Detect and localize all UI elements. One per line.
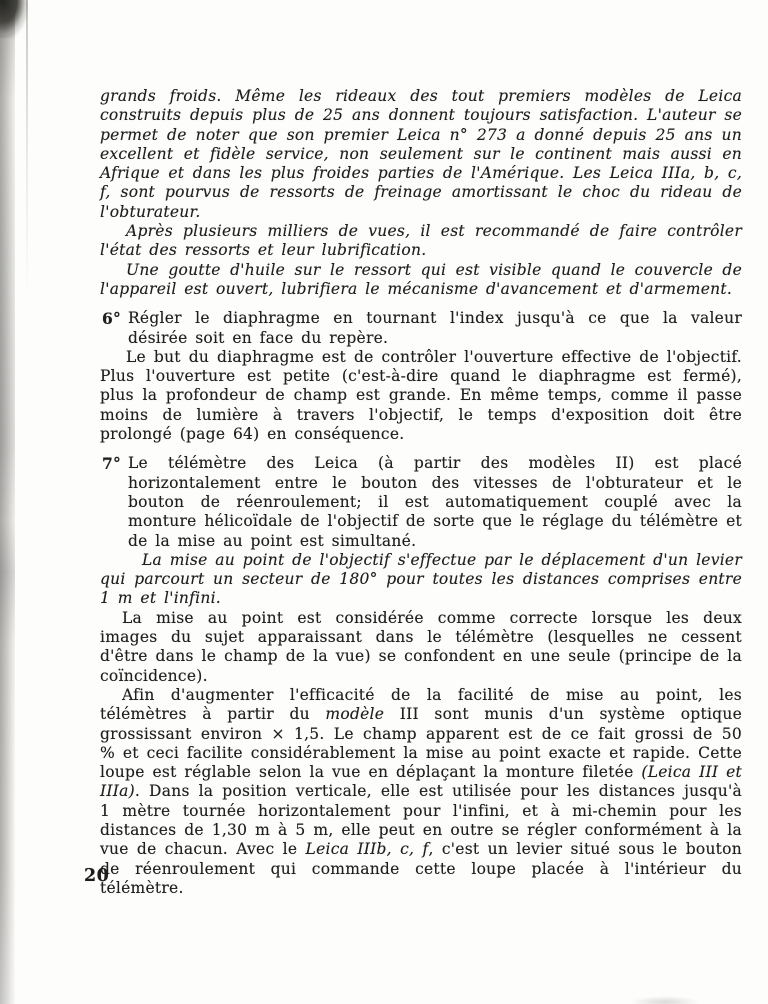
list-item-7: 7° Le télémètre des Leica (à partir des … bbox=[100, 454, 742, 550]
bottom-edge-smudge bbox=[630, 996, 700, 1004]
list-item-6: 6° Régler le diaphragme en tournant l'in… bbox=[100, 309, 742, 348]
page-corner-shadow bbox=[0, 0, 28, 38]
text-column: grands froids. Même les rideaux des tout… bbox=[100, 87, 742, 898]
item-7-number: 7° bbox=[102, 454, 121, 473]
paragraph-springs-check: Après plusieurs milliers de vues, il est… bbox=[100, 222, 742, 261]
paragraph-coincidence: La mise au point est considérée comme co… bbox=[100, 609, 742, 686]
spine-shadow bbox=[0, 0, 15, 1004]
paragraph-oil-drop: Une goutte d'huile sur le ressort qui es… bbox=[100, 261, 742, 300]
magnifier-segment-italic: modèle bbox=[325, 705, 384, 723]
item-7-text: Le télémètre des Leica (à partir des mod… bbox=[128, 454, 742, 550]
page-number: 20 bbox=[84, 866, 109, 886]
paragraph-continuation: grands froids. Même les rideaux des tout… bbox=[100, 87, 742, 222]
paragraph-diaphragm-purpose: Le but du diaphragme est de contrôler l'… bbox=[100, 348, 742, 444]
book-page-scan: grands froids. Même les rideaux des tout… bbox=[0, 0, 768, 1004]
magnifier-segment-italic: Leica IIIb, c, f bbox=[306, 840, 429, 858]
item-6-number: 6° bbox=[102, 309, 121, 328]
item-6-text: Régler le diaphragme en tournant l'index… bbox=[128, 309, 742, 348]
paragraph-magnifier: Afin d'augmenter l'efficacité de la faci… bbox=[100, 686, 742, 898]
paragraph-focusing-lever: La mise au point de l'objectif s'effectu… bbox=[100, 551, 742, 609]
page-edge-line bbox=[26, 0, 28, 300]
